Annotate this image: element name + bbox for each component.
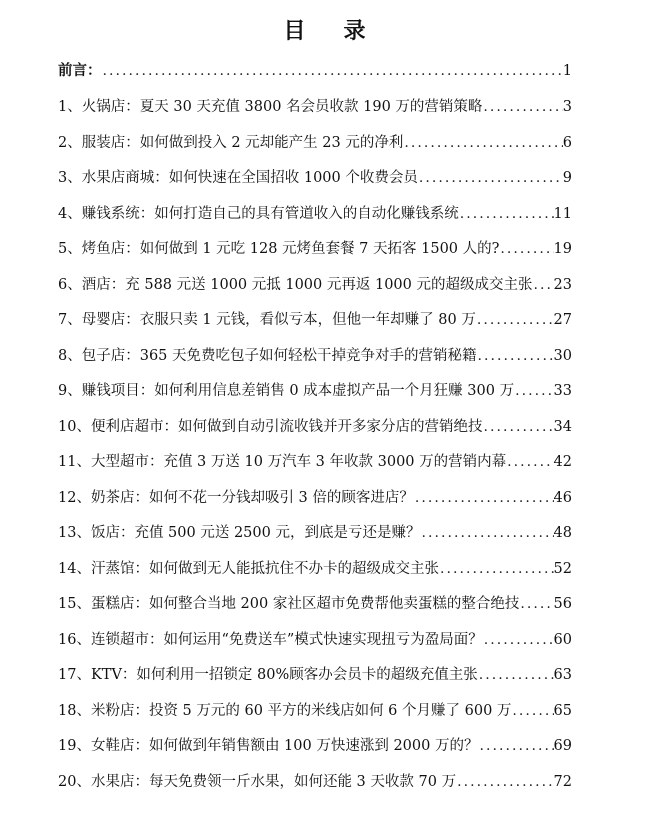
dot-leader — [499, 238, 553, 260]
toc-entry[interactable]: 7、母婴店：衣服只卖 1 元钱，看似亏本，但他一年却赚了 80 万 27 — [58, 309, 572, 331]
toc-entry[interactable]: 3、水果店商城：如何快速在全国招收 1000 个收费会员 9 — [58, 167, 572, 189]
toc-page-number: 52 — [554, 558, 572, 580]
toc-entry-title: 烤鱼店：如何做到 1 元吃 128 元烤鱼套餐 7 天拓客 1500 人的? — [82, 238, 500, 260]
dot-leader — [439, 558, 554, 580]
toc-entry[interactable]: 1、火锅店：夏天 30 天充值 3800 名会员收款 190 万的营销策略 3 — [58, 96, 572, 118]
toc-page-number: 6 — [563, 132, 572, 154]
toc-entry-title: 便利店超市：如何做到自动引流收钱并开多家分店的营销绝技 — [91, 416, 483, 438]
dot-leader — [506, 451, 553, 473]
toc-entry-title: 母婴店：衣服只卖 1 元钱，看似亏本，但他一年却赚了 80 万 — [82, 309, 476, 331]
toc-page-number: 56 — [554, 593, 572, 615]
toc-entry-number: 19、 — [58, 735, 91, 757]
toc-entry-number: 9、 — [58, 380, 82, 402]
toc-entry-number: 13、 — [58, 522, 91, 544]
toc-entry[interactable]: 8、包子店：365 天免费吃包子如何轻松干掉竞争对手的营销秘籍 30 — [58, 345, 572, 367]
toc-entry[interactable]: 14、汗蒸馆：如何做到无人能抵抗住不办卡的超级成交主张 52 — [58, 558, 572, 580]
dot-leader — [478, 735, 553, 757]
toc-page-number: 48 — [554, 522, 572, 544]
toc-entry-number: 10、 — [58, 416, 91, 438]
dot-leader — [514, 380, 553, 402]
toc-entry-title: 连锁超市：如何运用“免费送车”模式快速实现扭亏为盈局面？ — [91, 629, 483, 651]
toc-entry[interactable]: 9、赚钱项目：如何利用信息差销售 0 成本虚拟产品一个月狂赚 300 万 33 — [58, 380, 572, 402]
dot-leader — [533, 274, 554, 296]
dot-leader — [459, 203, 554, 225]
toc-entry-number: 15、 — [58, 593, 91, 615]
toc-entry-preface[interactable]: 前言： 1 — [58, 60, 572, 82]
toc-entry[interactable]: 15、蛋糕店：如何整合当地 200 家社区超市免费帮他卖蛋糕的整合绝技 56 — [58, 593, 572, 615]
toc-entry-number: 7、 — [58, 309, 82, 331]
toc-entry-title: 米粉店：投资 5 万元的 60 平方的米线店如何 6 个月赚了 600 万 — [91, 700, 511, 722]
toc-page-number: 23 — [554, 274, 572, 296]
toc-entry-number: 20、 — [58, 771, 91, 793]
dot-leader — [418, 167, 563, 189]
toc-page-number: 63 — [554, 664, 572, 686]
toc-entry-title: 水果店商城：如何快速在全国招收 1000 个收费会员 — [82, 167, 418, 189]
toc-entry-title: 赚钱项目：如何利用信息差销售 0 成本虚拟产品一个月狂赚 300 万 — [82, 380, 514, 402]
toc-entry[interactable]: 4、赚钱系统：如何打造自己的具有管道收入的自动化赚钱系统 11 — [58, 203, 572, 225]
title-char-2: 录 — [344, 14, 366, 45]
toc-page-number: 42 — [554, 451, 572, 473]
toc-page-number: 3 — [563, 96, 572, 118]
toc-entry-title: 汗蒸馆：如何做到无人能抵抗住不办卡的超级成交主张 — [91, 558, 439, 580]
dot-leader — [478, 664, 554, 686]
toc-page-number: 69 — [554, 735, 572, 757]
toc-page-number: 9 — [563, 167, 572, 189]
dot-leader — [482, 96, 562, 118]
dot-leader — [483, 629, 554, 651]
toc-entry-number: 5、 — [58, 238, 82, 260]
toc-entry-number: 16、 — [58, 629, 91, 651]
toc-entry[interactable]: 10、便利店超市：如何做到自动引流收钱并开多家分店的营销绝技 34 — [58, 416, 572, 438]
toc-entry[interactable]: 16、连锁超市：如何运用“免费送车”模式快速实现扭亏为盈局面？ 60 — [58, 629, 572, 651]
toc-entry[interactable]: 18、米粉店：投资 5 万元的 60 平方的米线店如何 6 个月赚了 600 万… — [58, 700, 572, 722]
dot-leader — [456, 771, 553, 793]
toc-page-number: 65 — [554, 700, 572, 722]
dot-leader — [482, 416, 553, 438]
toc-entry[interactable]: 5、烤鱼店：如何做到 1 元吃 128 元烤鱼套餐 7 天拓客 1500 人的?… — [58, 238, 572, 260]
page-title: 目录 — [0, 14, 649, 45]
toc-page-number: 1 — [563, 60, 572, 82]
dot-leader — [476, 309, 554, 331]
toc-entry-title: 饭店：充值 500 元送 2500 元，到底是亏还是赚？ — [91, 522, 421, 544]
toc-entry-title: 赚钱系统：如何打造自己的具有管道收入的自动化赚钱系统 — [82, 203, 459, 225]
toc-entry-title: 水果店：每天免费领一斤水果，如何还能 3 天收款 70 万 — [91, 771, 456, 793]
toc-page-number: 11 — [554, 203, 572, 225]
toc-entry-number: 3、 — [58, 167, 82, 189]
toc-entry[interactable]: 2、服装店：如何做到投入 2 元却能产生 23 元的净利 6 — [58, 132, 572, 154]
dot-leader — [414, 487, 554, 509]
toc-entry[interactable]: 6、酒店：充 588 元送 1000 元抵 1000 元再返 1000 元的超级… — [58, 274, 572, 296]
dot-leader — [102, 60, 563, 82]
toc-entry-number: 14、 — [58, 558, 91, 580]
toc-entry-number: 2、 — [58, 132, 82, 154]
toc-entry-title: 火锅店：夏天 30 天充值 3800 名会员收款 190 万的营销策略 — [82, 96, 483, 118]
toc-entry[interactable]: 19、女鞋店：如何做到年销售额由 100 万快速涨到 2000 万的？ 69 — [58, 735, 572, 757]
toc-entry-title: 奶茶店：如何不花一分钱却吸引 3 倍的顾客进店？ — [91, 487, 414, 509]
toc-entry-title: 大型超市：充值 3 万送 10 万汽车 3 年收款 3000 万的营销内幕 — [91, 451, 506, 473]
toc-entry[interactable]: 13、饭店：充值 500 元送 2500 元，到底是亏还是赚？ 48 — [58, 522, 572, 544]
toc-entry-number: 11、 — [58, 451, 91, 473]
toc-entry-title: 服装店：如何做到投入 2 元却能产生 23 元的净利 — [82, 132, 404, 154]
toc-entry[interactable]: 17、KTV：如何利用一招锁定 80%顾客办会员卡的超级充值主张 63 — [58, 664, 572, 686]
toc-entry-number: 6、 — [58, 274, 82, 296]
toc-entry-number: 1、 — [58, 96, 82, 118]
toc-entry-title: KTV：如何利用一招锁定 80%顾客办会员卡的超级充值主张 — [91, 664, 478, 686]
toc-page-number: 72 — [554, 771, 572, 793]
toc-page-number: 33 — [554, 380, 572, 402]
toc-entry-number: 12、 — [58, 487, 91, 509]
toc-entry-label: 前言： — [58, 60, 102, 82]
dot-leader — [403, 132, 562, 154]
toc-page-number: 34 — [554, 416, 572, 438]
toc-entry-title: 蛋糕店：如何整合当地 200 家社区超市免费帮他卖蛋糕的整合绝技 — [91, 593, 519, 615]
toc-entry[interactable]: 11、大型超市：充值 3 万送 10 万汽车 3 年收款 3000 万的营销内幕… — [58, 451, 572, 473]
toc-entry-title: 女鞋店：如何做到年销售额由 100 万快速涨到 2000 万的？ — [91, 735, 479, 757]
dot-leader — [519, 593, 553, 615]
toc-entry-title: 包子店：365 天免费吃包子如何轻松干掉竞争对手的营销秘籍 — [82, 345, 477, 367]
toc-entry-number: 17、 — [58, 664, 91, 686]
dot-leader — [511, 700, 553, 722]
toc-page-number: 60 — [554, 629, 572, 651]
toc-page-number: 19 — [554, 238, 572, 260]
toc-entry-title: 酒店：充 588 元送 1000 元抵 1000 元再返 1000 元的超级成交… — [82, 274, 533, 296]
toc-entry[interactable]: 20、水果店：每天免费领一斤水果，如何还能 3 天收款 70 万 72 — [58, 771, 572, 793]
toc-page-number: 30 — [554, 345, 572, 367]
toc-entry-number: 8、 — [58, 345, 82, 367]
dot-leader — [420, 522, 553, 544]
toc-entry-number: 4、 — [58, 203, 82, 225]
toc-entry-number: 18、 — [58, 700, 91, 722]
dot-leader — [477, 345, 554, 367]
toc-page-number: 46 — [554, 487, 572, 509]
toc-entry[interactable]: 12、奶茶店：如何不花一分钱却吸引 3 倍的顾客进店？ 46 — [58, 487, 572, 509]
toc-page-number: 27 — [554, 309, 572, 331]
title-char-1: 目 — [283, 14, 305, 45]
